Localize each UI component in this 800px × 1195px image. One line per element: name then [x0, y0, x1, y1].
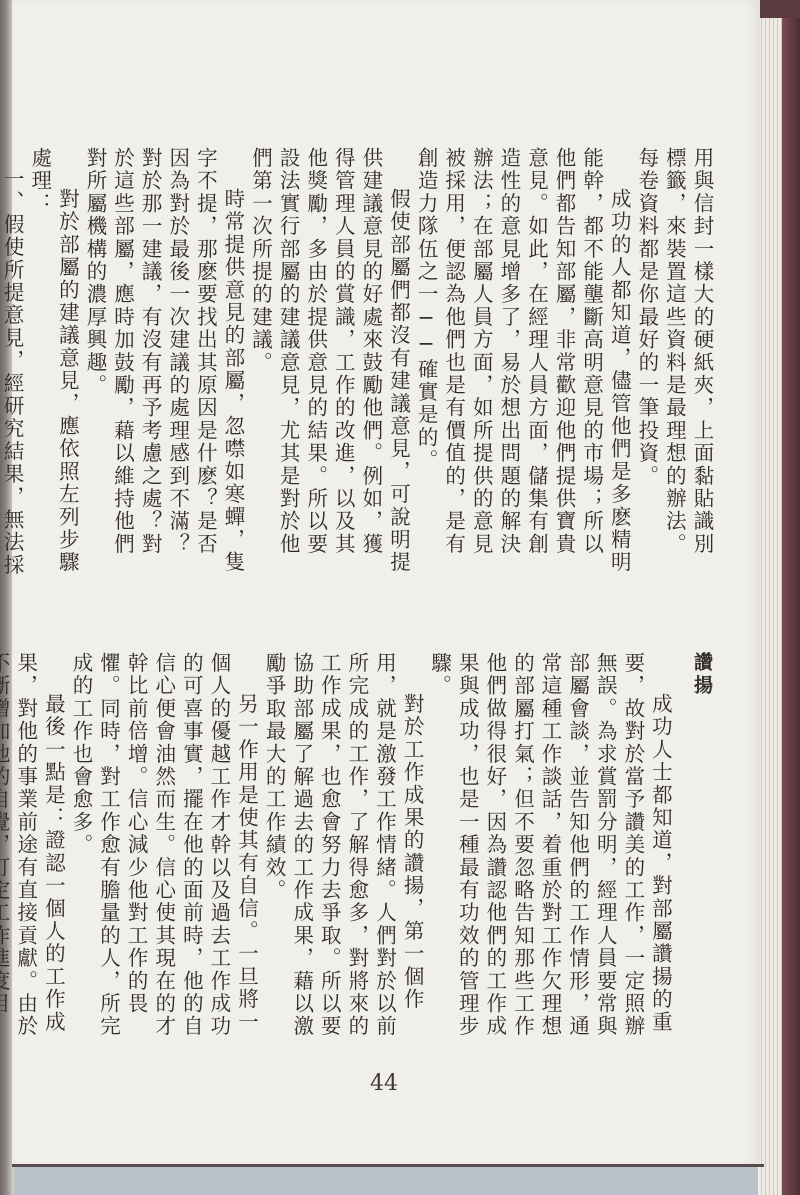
section-heading-praise: 讚揚 [687, 652, 715, 1047]
paragraph-second-effect: 另一作用是使其有自信。一旦將一個人的優越工作才幹以及過去工作成功的可喜事實，擺在… [66, 652, 259, 1047]
top-text-section: 用與信封一樣大的硬紙夾，上面黏貼識別標籤，來裝置這些資料是最理想的辦法。每卷資料… [55, 147, 715, 577]
paragraph-first-effect: 對於工作成果的讚揚，第一個作用，就是激發工作情緒。人們對於以前所完成的工作，了解… [260, 652, 426, 1047]
page-number: 44 [370, 1071, 398, 1096]
page-bottom-edge [12, 1164, 764, 1167]
paragraph-successful-people: 成功的人都知道，儘管他們是多麽精明能幹，都不能壟斷高明意見的市場；所以他們都告知… [411, 147, 632, 577]
bottom-text-section: 讚揚 成功人士都知道，對部屬讚揚的重要，故對於當予讚美的工作，一定照辦無誤。為求… [55, 652, 715, 1047]
book-cover-right [782, 0, 800, 1195]
list-item-1: 一、假使所提意見，經研究結果，無法採用，應將其原因詳加解釋，並鼓勵其繼續努力提供… [0, 147, 25, 577]
paragraph-no-suggestions: 假使部屬們都沒有建議意見，可說明提供建議意見的好處來鼓勵他們。例如，獲得管理人員… [246, 147, 412, 577]
paragraph-continuation: 用與信封一樣大的硬紙夾，上面黏貼識別標籤，來裝置這些資料是最理想的辦法。每卷資料… [632, 147, 715, 577]
paragraph-last-point: 最後一點是：證認一個人的工作成果，對他的事業前途有直接貢獻。由於不斷增加他的自覺… [0, 652, 66, 1047]
paragraph-praise-importance: 成功人士都知道，對部屬讚揚的重要，故對於當予讚美的工作，一定照辦無誤。為求賞罰分… [425, 652, 673, 1047]
paragraph-steps-intro: 對於部屬的建議意見，應依照左列步驟處理： [25, 147, 80, 577]
paragraph-silent-staff: 時常提供意見的部屬，忽噤如寒蟬，隻字不提，那麽要找出其原因是什麽？是否因為對於最… [80, 147, 246, 577]
